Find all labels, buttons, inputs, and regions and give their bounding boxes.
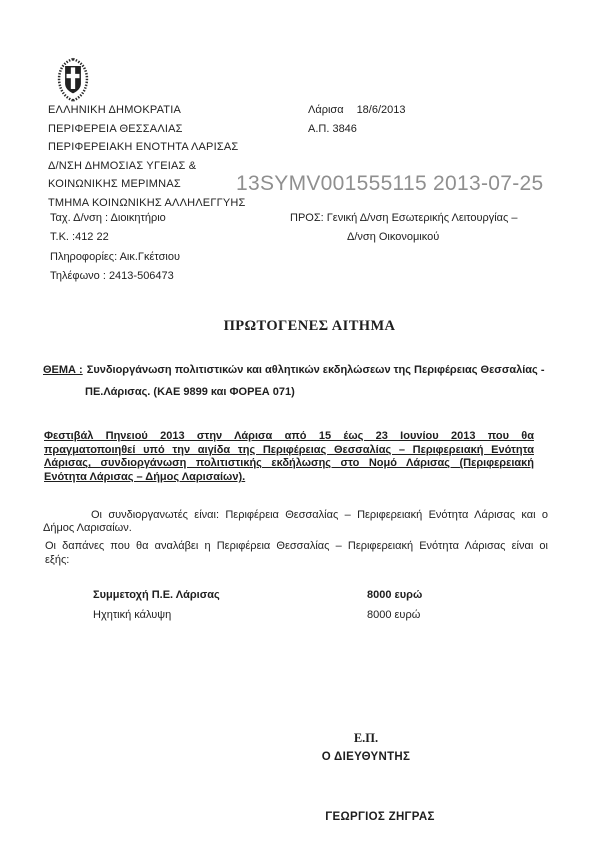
- authority-line: ΚΟΙΝΩΝΙΚΗΣ ΜΕΡΙΜΝΑΣ: [48, 175, 246, 194]
- authority-line: ΠΕΡΙΦΕΡΕΙΑ ΘΕΣΣΑΛΙΑΣ: [48, 120, 246, 139]
- recipient-line: ΠΡΟΣ: Γενική Δ/νση Εσωτερικής Λειτουργία…: [290, 209, 518, 228]
- paragraph-line: πραγματοποιηθεί υπό την αιγίδα της Περιφ…: [44, 444, 534, 458]
- expense-amount: 8000 ευρώ: [367, 609, 420, 629]
- recipient-block: ΠΡΟΣ: Γενική Δ/νση Εσωτερικής Λειτουργία…: [290, 209, 518, 248]
- date-protocol-block: Λάρισα18/6/2013 Α.Π. 3846: [308, 101, 406, 138]
- subject-line: ΘΕΜΑ :Συνδιοργάνωση πολιτιστικών και αθλ…: [43, 359, 555, 381]
- authority-line: ΠΕΡΙΦΕΡΕΙΑΚΗ ΕΝΟΤΗΤΑ ΛΑΡΙΣΑΣ: [48, 138, 246, 157]
- protocol-number: Α.Π. 3846: [308, 120, 406, 139]
- co-organizers-paragraph: Οι συνδιοργανωτές είναι: Περιφέρεια Θεσσ…: [43, 509, 548, 535]
- contact-details-block: Ταχ. Δ/νση : Διοικητήριο Τ.Κ. :412 22 Πλ…: [50, 209, 180, 286]
- issuing-authority-block: ΕΛΛΗΝΙΚΗ ΔΗΜΟΚΡΑΤΙΑ ΠΕΡΙΦΕΡΕΙΑ ΘΕΣΣΑΛΙΑΣ…: [48, 101, 246, 212]
- postal-code: Τ.Κ. :412 22: [50, 228, 180, 247]
- expense-row: Συμμετοχή Π.Ε. Λάρισας 8000 ευρώ: [93, 589, 483, 609]
- document-page: ΕΛΛΗΝΙΚΗ ΔΗΜΟΚΡΑΤΙΑ ΠΕΡΙΦΕΡΕΙΑ ΘΕΣΣΑΛΙΑΣ…: [0, 0, 595, 842]
- expenses-intro-paragraph: Οι δαπάνες που θα αναλάβει η Περιφέρεια …: [45, 540, 548, 567]
- expense-label: Ηχητική κάλυψη: [93, 609, 367, 629]
- information-contact: Πληροφορίες: Αικ.Γκέτσιου: [50, 248, 180, 267]
- document-date: 18/6/2013: [357, 101, 406, 120]
- subject-text: Συνδιοργάνωση πολιτιστικών και αθλητικών…: [87, 364, 545, 376]
- subject-block: ΘΕΜΑ :Συνδιοργάνωση πολιτιστικών και αθλ…: [43, 359, 555, 403]
- signature-ep: Ε.Π.: [266, 731, 466, 746]
- city-date-line: Λάρισα18/6/2013: [308, 101, 406, 120]
- postal-address: Ταχ. Δ/νση : Διοικητήριο: [50, 209, 180, 228]
- festival-paragraph: Φεστιβάλ Πηνειού 2013 στην Λάρισα από 15…: [44, 430, 534, 485]
- signature-block: Ε.Π. Ο ΔΙΕΥΘΥΝΤΗΣ ΓΕΩΡΓΙΟΣ ΖΗΓΡΑΣ: [266, 731, 466, 823]
- paragraph-line: Οι συνδιοργανωτές είναι: Περιφέρεια Θεσσ…: [43, 509, 548, 522]
- subject-text-continued: ΠΕ.Λάρισας. (ΚΑΕ 9899 και ΦΟΡΕΑ 071): [43, 381, 555, 403]
- authority-line: Δ/ΝΣΗ ΔΗΜΟΣΙΑΣ ΥΓΕΙΑΣ &: [48, 157, 246, 176]
- ada-registry-number: 13SYMV001555115 2013-07-25: [236, 172, 543, 196]
- paragraph-line: Δήμος Λαρισαίων.: [43, 522, 548, 535]
- expenses-list: Συμμετοχή Π.Ε. Λάρισας 8000 ευρώ Ηχητική…: [93, 589, 483, 628]
- paragraph-line: εξής:: [45, 554, 548, 568]
- expense-label: Συμμετοχή Π.Ε. Λάρισας: [93, 589, 367, 609]
- paragraph-line: Ενότητα Λάρισας – Δήμος Λαρισαίων).: [44, 471, 534, 485]
- signatory-name: ΓΕΩΡΓΙΟΣ ΖΗΓΡΑΣ: [294, 811, 466, 823]
- paragraph-line: Οι δαπάνες που θα αναλάβει η Περιφέρεια …: [45, 540, 548, 554]
- authority-line: ΕΛΛΗΝΙΚΗ ΔΗΜΟΚΡΑΤΙΑ: [48, 101, 246, 120]
- recipient-line: Δ/νση Οικονομικού: [290, 228, 518, 247]
- paragraph-line: Λάρισας, συνδιοργάνωση πολιτιστικής εκδή…: [44, 457, 534, 471]
- expense-amount: 8000 ευρώ: [367, 589, 422, 609]
- document-title: ΠΡΩΤΟΓΕΝΕΣ ΑΙΤΗΜΑ: [0, 318, 595, 335]
- expense-row: Ηχητική κάλυψη 8000 ευρώ: [93, 609, 483, 629]
- subject-label: ΘΕΜΑ :: [43, 364, 83, 376]
- greek-republic-emblem-icon: [55, 56, 91, 104]
- telephone: Τηλέφωνο : 2413-506473: [50, 267, 180, 286]
- paragraph-line: Φεστιβάλ Πηνειού 2013 στην Λάρισα από 15…: [44, 430, 534, 444]
- signatory-role: Ο ΔΙΕΥΘΥΝΤΗΣ: [266, 751, 466, 763]
- city: Λάρισα: [308, 104, 344, 116]
